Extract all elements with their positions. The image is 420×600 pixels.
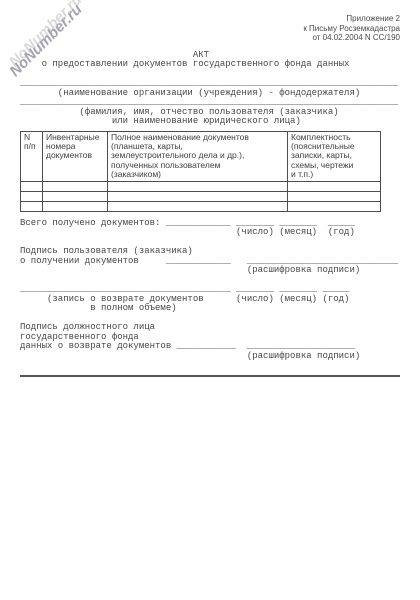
table-cell (288, 181, 381, 191)
table-cell (108, 181, 288, 191)
table-cell (108, 201, 288, 211)
signature-decryption-caption-2: (расшифровка подписи) (20, 352, 400, 362)
document-content: Приложение 2 к Письму Росземкадастра от … (20, 14, 400, 377)
table-cell (21, 181, 43, 191)
table-cell (43, 201, 108, 211)
doc-header-section: АКТ о предоставлении документов государс… (20, 51, 400, 127)
page-bottom-rule (20, 375, 400, 377)
table-cell (43, 181, 108, 191)
date-captions: (число) (месяц) (год) (20, 228, 400, 238)
table-header-row: N п/п Инвентарные номера документов Полн… (21, 131, 381, 181)
table-cell (43, 191, 108, 201)
appendix-header: Приложение 2 к Письму Росземкадастра от … (20, 14, 400, 43)
table-row (21, 191, 381, 201)
documents-table: N п/п Инвентарные номера документов Полн… (20, 131, 381, 212)
appendix-line-1: Приложение 2 (20, 14, 400, 24)
return-record-caption-2: в полном объеме) (20, 304, 400, 314)
signature-decryption-caption-1: (расшифровка подписи) (20, 266, 400, 276)
col-header-fullname: Полное наименование документов (планшета… (108, 131, 288, 181)
user-caption-2: или наименование юридического лица) (20, 117, 400, 127)
appendix-line-3: от 04.02.2004 N СС/190 (20, 33, 400, 43)
table-cell (21, 191, 43, 201)
col-header-completeness: Комплектность (пояснительные записки, ка… (288, 131, 381, 181)
table-cell (288, 201, 381, 211)
table-cell (288, 191, 381, 201)
table-cell (108, 191, 288, 201)
col-header-inventory: Инвентарные номера документов (43, 131, 108, 181)
doc-subtitle: о предоставлении документов государствен… (20, 60, 400, 70)
totals-and-signatures-section: Всего получено документов: ____________ … (20, 219, 400, 362)
appendix-line-2: к Письму Росземкадастра (20, 24, 400, 34)
table-row (21, 181, 381, 191)
table-row (21, 201, 381, 211)
table-cell (21, 201, 43, 211)
col-header-num: N п/п (21, 131, 43, 181)
document-page: NoNumber.ru NoNumber.ru Приложение 2 к П… (0, 0, 420, 600)
